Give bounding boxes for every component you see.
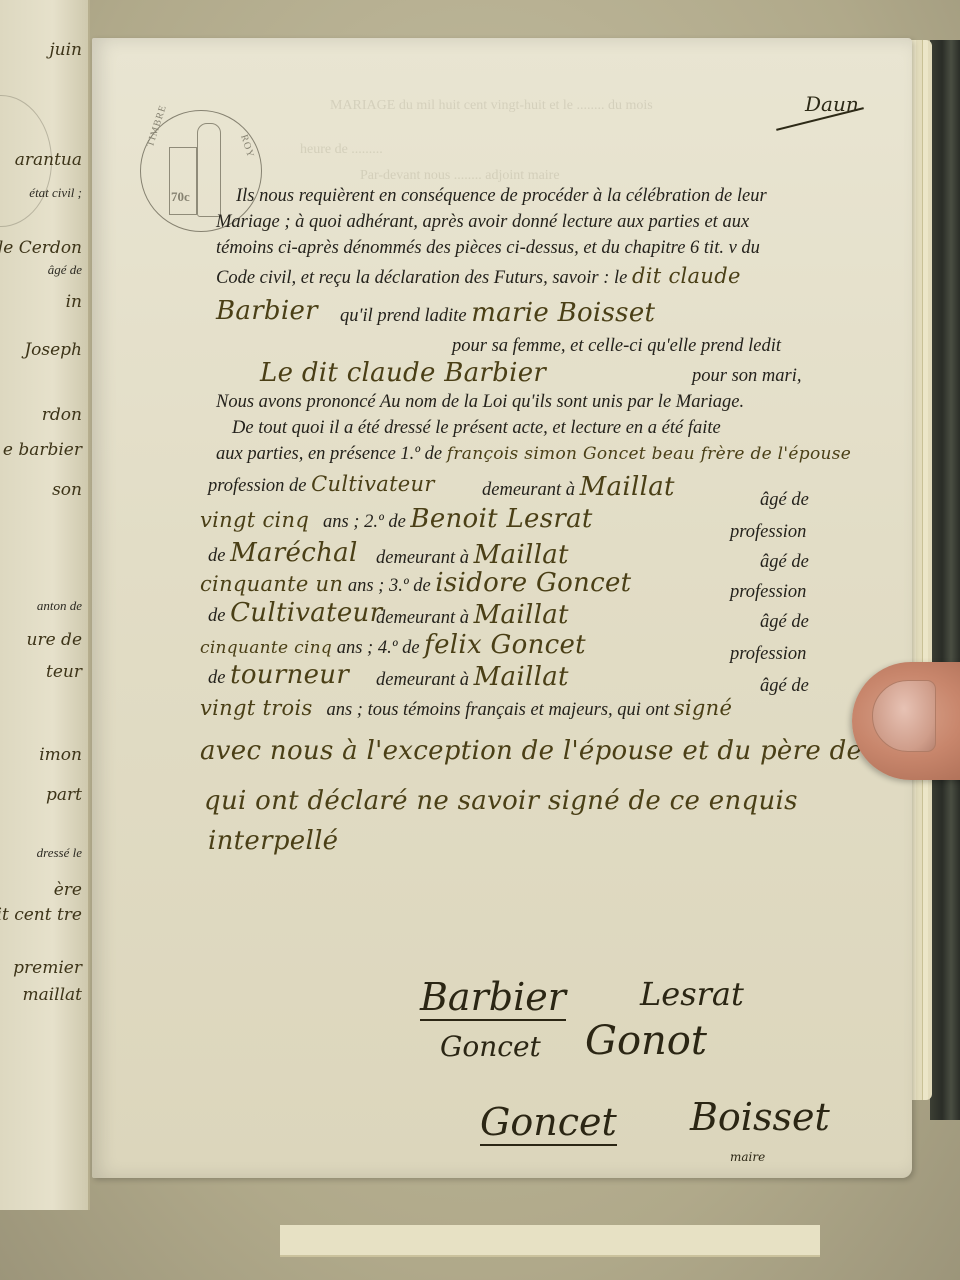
handwritten-entry: Maillat xyxy=(474,540,569,570)
text-line: De tout quoi il a été dressé le présent … xyxy=(232,418,721,439)
left-page-fragment: e barbier xyxy=(3,440,82,460)
text-line: profession xyxy=(730,522,806,543)
left-page-fragment: âgé de xyxy=(48,262,82,278)
handwritten-entry: Barbier xyxy=(216,296,318,326)
left-page-fragment: ère xyxy=(54,880,82,900)
left-page-fragment: premier xyxy=(13,958,82,978)
left-page-fragment: maillat xyxy=(22,985,82,1005)
text-line: cinquante un ans ; 3.º de isidore Goncet xyxy=(200,568,631,598)
handwritten-entry: cinquante cinq xyxy=(200,638,332,658)
signature-title-maire: maire xyxy=(730,1150,765,1164)
text-line: profession xyxy=(730,582,806,603)
text-line: demeurant à Maillat xyxy=(376,600,569,630)
handwritten-entry: vingt cinq xyxy=(200,508,309,532)
text-line: vingt cinq ans ; 2.º de Benoit Lesrat xyxy=(200,504,593,534)
handwritten-entry: Maillat xyxy=(474,600,569,630)
text-line: de Cultivateur xyxy=(208,598,382,628)
text-line: Le dit claude Barbier xyxy=(260,358,546,388)
left-page-fragment: huit cent tre xyxy=(0,905,82,925)
text-line: pour sa femme, et celle-ci qu'elle prend… xyxy=(452,336,781,357)
text-line: Code civil, et reçu la déclaration des F… xyxy=(216,264,741,289)
text-line: de tourneur xyxy=(208,660,349,690)
left-page: juinarantuaétat civil ;mmaro de Cerdonâg… xyxy=(0,0,90,1210)
handwritten-entry: françois simon Goncet beau frère de l'ép… xyxy=(447,444,851,464)
left-page-fragment: Joseph xyxy=(24,340,82,360)
text-line: âgé de xyxy=(760,676,809,697)
text-line: de Maréchal xyxy=(208,538,358,568)
bleed-through-text: Par-devant nous ........ adjoint maire xyxy=(360,168,560,184)
handwritten-entry: isidore Goncet xyxy=(435,568,631,598)
handwritten-entry: Le dit claude Barbier xyxy=(260,358,546,388)
handwritten-entry: marie Boisset xyxy=(471,298,655,328)
text-line: Barbier xyxy=(216,296,318,326)
handwritten-entry: signé xyxy=(674,696,732,720)
text-line: demeurant à Maillat xyxy=(482,472,675,502)
left-page-fragment: dressé le xyxy=(37,845,82,861)
text-line: demeurant à Maillat xyxy=(376,662,569,692)
left-page-fragment: imon xyxy=(39,745,82,765)
stamp-figure xyxy=(197,123,221,217)
handwritten-closing-line: interpellé xyxy=(208,826,338,856)
handwritten-entry: Maillat xyxy=(474,662,569,692)
text-line: aux parties, en présence 1.º de françois… xyxy=(216,444,851,465)
handwritten-entry: Maillat xyxy=(580,472,675,502)
handwritten-entry: Maréchal xyxy=(230,538,357,568)
text-line: âgé de xyxy=(760,490,809,511)
text-line: Ils nous requièrent en conséquence de pr… xyxy=(236,186,767,207)
bleed-through-text: MARIAGE du mil huit cent vingt-huit et l… xyxy=(330,98,653,114)
handwritten-entry: cinquante un xyxy=(200,572,343,596)
handwritten-entry: Cultivateur xyxy=(230,598,382,628)
left-page-fragment: part xyxy=(46,785,82,805)
signature-barbier: Barbier xyxy=(420,975,566,1021)
handwritten-entry: felix Goncet xyxy=(424,630,586,660)
text-line: témoins ci-après dénommés des pièces ci-… xyxy=(216,238,760,259)
left-page-fragment: in xyxy=(66,292,82,312)
page-bottom-flap xyxy=(280,1225,820,1257)
text-line: âgé de xyxy=(760,612,809,633)
text-line: âgé de xyxy=(760,552,809,573)
signature-goncet: Goncet xyxy=(440,1030,541,1063)
bleed-through-text: heure de ......... xyxy=(300,142,383,158)
handwritten-entry: vingt trois xyxy=(200,696,313,720)
text-line: profession de Cultivateur xyxy=(208,472,435,497)
text-line: demeurant à Maillat xyxy=(376,540,569,570)
text-line: pour son mari, xyxy=(692,366,801,387)
handwritten-entry: tourneur xyxy=(230,660,349,690)
signature-goncet-2: Goncet xyxy=(480,1100,617,1146)
signature-lesrat: Lesrat xyxy=(640,975,744,1013)
signature-boisset: Boisset xyxy=(690,1095,830,1139)
handwritten-entry: Cultivateur xyxy=(311,472,435,496)
left-page-fragment: rdon xyxy=(42,405,82,425)
handwritten-closing-line: avec nous à l'exception de l'épouse et d… xyxy=(200,736,960,766)
left-page-fragment: mmaro de Cerdon xyxy=(0,238,82,258)
stamp-price: 70c xyxy=(171,189,190,205)
left-page-fragment: état civil ; xyxy=(29,185,82,201)
text-line: Nous avons prononcé Au nom de la Loi qu'… xyxy=(216,392,744,413)
text-line: Mariage ; à quoi adhérant, après avoir d… xyxy=(216,212,749,233)
left-page-fragment: anton de xyxy=(37,598,82,614)
left-page-fragment: son xyxy=(52,480,82,500)
holding-thumb xyxy=(852,662,960,780)
handwritten-closing-line: qui ont déclaré ne savoir signé de ce en… xyxy=(204,786,798,816)
thumbnail xyxy=(872,680,936,752)
handwritten-entry: Benoit Lesrat xyxy=(410,504,592,534)
text-line: vingt trois ans ; tous témoins français … xyxy=(200,696,732,721)
handwritten-entry: dit claude xyxy=(632,264,741,288)
signature-gonot: Gonot xyxy=(585,1018,707,1064)
text-line: profession xyxy=(730,644,806,665)
text-line: cinquante cinq ans ; 4.º de felix Goncet xyxy=(200,630,586,660)
corner-annotation: Daun xyxy=(805,92,859,116)
left-page-fragment: arantua xyxy=(15,150,82,170)
left-page-fragment: juin xyxy=(49,40,82,60)
text-line: qu'il prend ladite marie Boisset xyxy=(340,298,655,328)
book-cover-edge xyxy=(930,40,960,1120)
left-page-fragment: teur xyxy=(46,662,82,682)
left-page-fragment: ure de xyxy=(27,630,82,650)
